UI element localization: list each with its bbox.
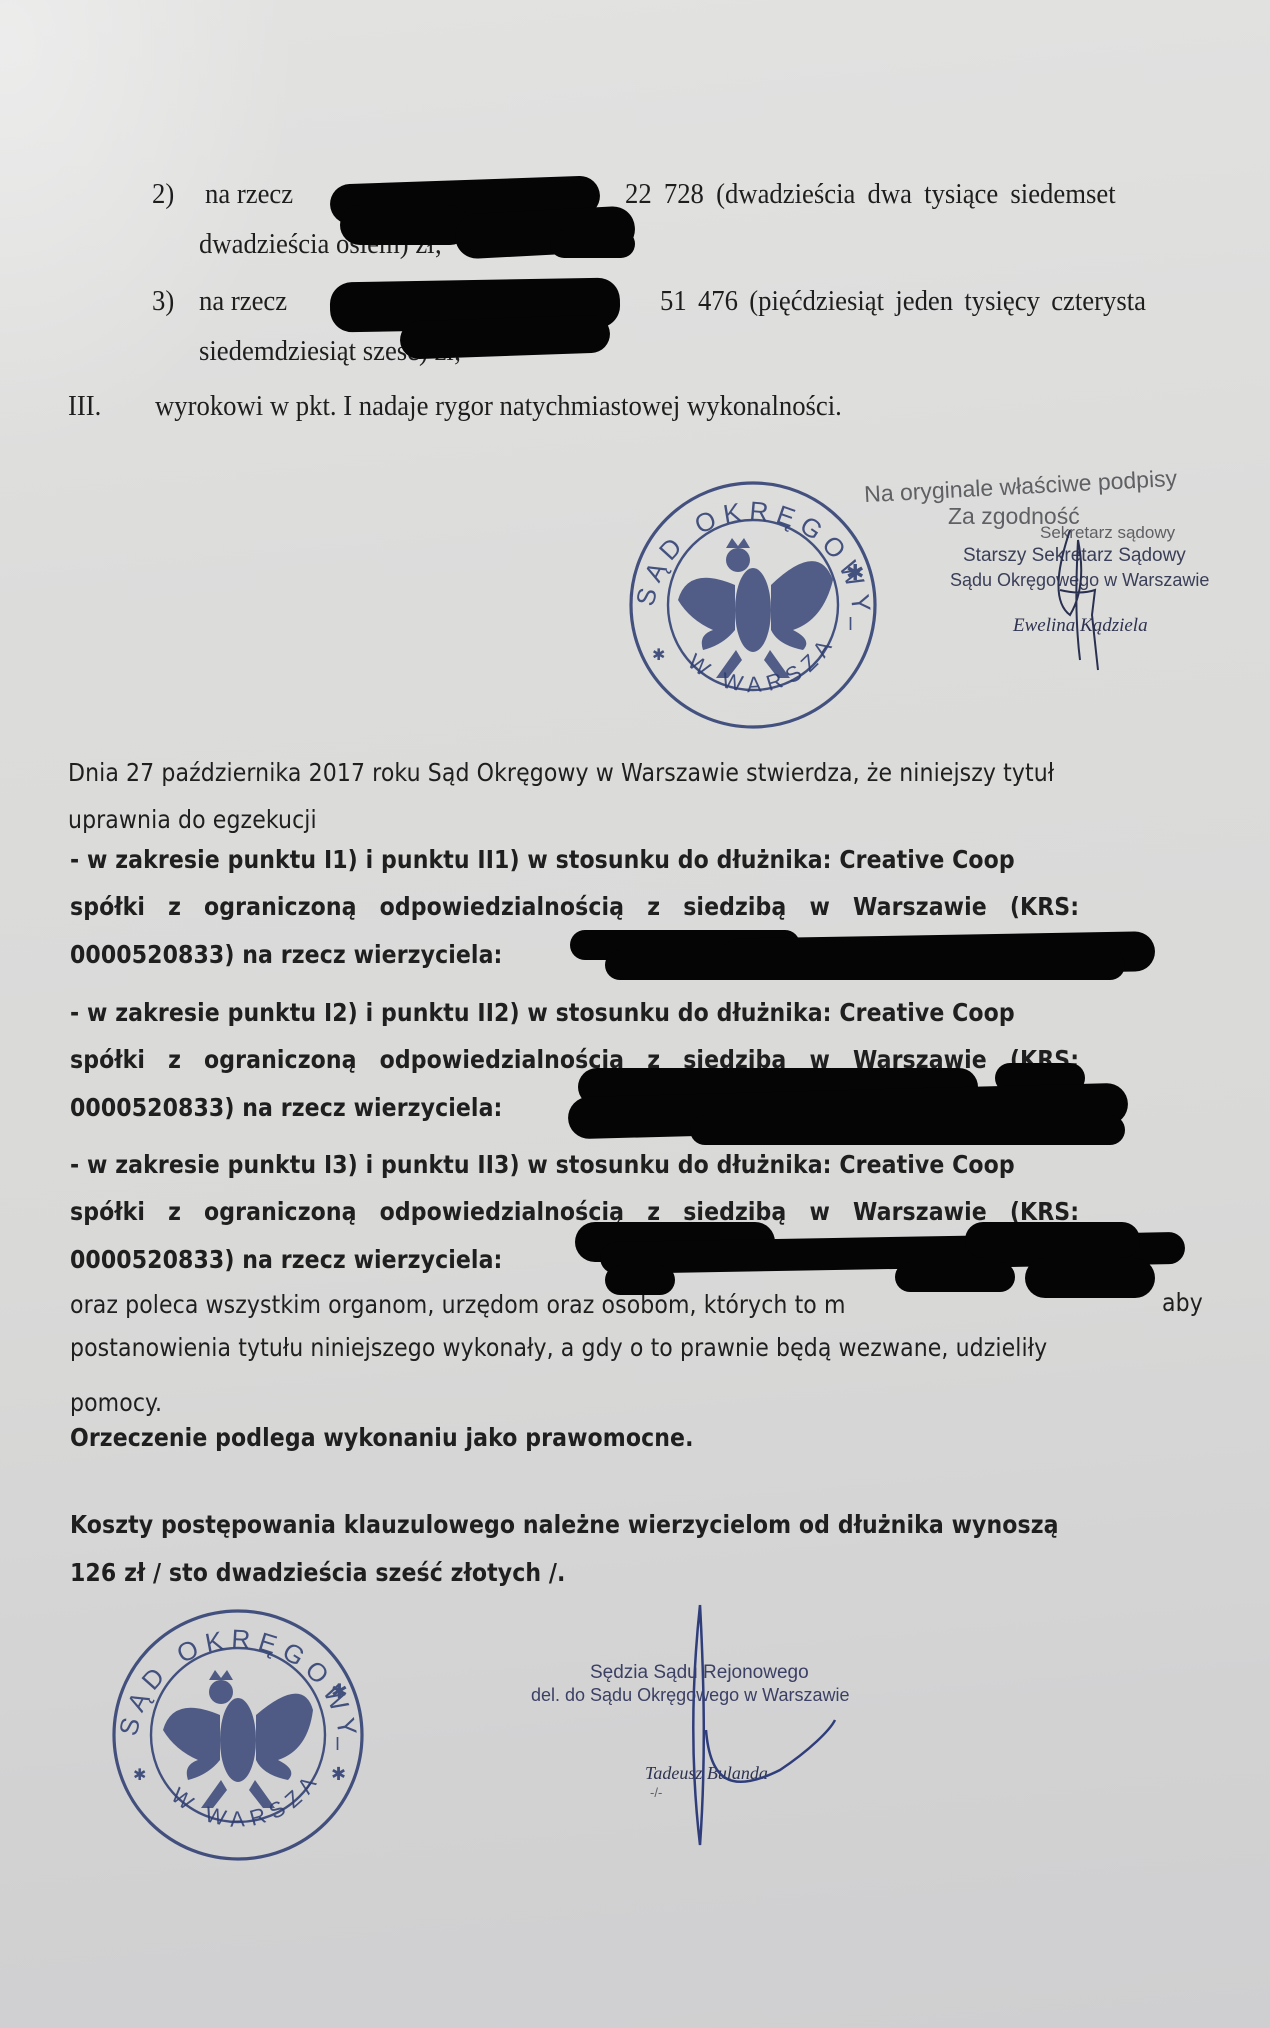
point-1-line-3: 0000520833) na rzecz wierzyciela: [70,940,502,969]
redaction [605,1265,675,1295]
redaction [895,1262,1015,1292]
signature-icon [670,1600,850,1860]
costs-line-1: Koszty postępowania klauzulowego należne… [70,1510,1059,1539]
court-seal-icon: SĄD OKRĘGOWY W WARSZAWIE ✱ I ✱ [618,470,888,740]
svg-text:I: I [335,1734,347,1754]
point-3-line-3: 0000520833) na rzecz wierzyciela: [70,1245,502,1274]
point-2-line-1: - w zakresie punktu I2) i punktu II2) w … [70,998,1015,1027]
final-statement: Orzeczenie podlega wykonaniu jako prawom… [70,1423,694,1452]
redaction [340,205,470,245]
redaction [1025,1258,1155,1298]
signature-icon [1040,520,1120,680]
point-3-line-2: spółki z ograniczoną odpowiedzialnością … [70,1197,1079,1226]
item-2-amount: 22 728 (dwadzieścia dwa tysiące siedemse… [625,178,1116,211]
clause-intro-2: uprawnia do egzekucji [68,805,317,834]
item-3-prefix: na rzecz [199,285,287,318]
point-2-line-3: 0000520833) na rzecz wierzyciela: [70,1093,502,1122]
svg-text:✱: ✱ [133,1767,153,1784]
item-3-amount: 51 476 (pięćdziesiąt jeden tysięcy czter… [660,285,1146,318]
order-line-1a: oraz poleca wszystkim organom, urzędom o… [70,1290,846,1319]
order-line-1b: aby [1162,1288,1203,1317]
svg-text:I: I [848,614,860,634]
redaction [605,950,1125,980]
order-line-2: postanowienia tytułu niniejszego wykonał… [70,1333,1047,1362]
item-3-number: 3) [152,285,174,318]
redaction [550,230,635,258]
section-iii-number: III. [68,390,101,423]
svg-text:✱: ✱ [331,1764,353,1784]
redaction [399,314,610,359]
redaction [965,1222,1140,1258]
point-1-line-1: - w zakresie punktu I1) i punktu II1) w … [70,845,1015,874]
clause-intro-1: Dnia 27 października 2017 roku Sąd Okręg… [68,758,1054,787]
cert-line-1: Na oryginale właściwe podpisy [864,465,1178,508]
court-seal-icon: SĄD OKRĘGOWY W WARSZAWIE ✱ I ✱ ✱ [103,1600,373,1870]
section-iii-text: wyrokowi w pkt. I nadaje rygor natychmia… [155,390,842,423]
item-2-prefix: na rzecz [205,178,293,211]
order-line-3: pomocy. [70,1388,162,1417]
svg-text:✱: ✱ [331,1681,355,1703]
judge-mark: -/- [650,1785,662,1800]
redaction [690,1115,1125,1145]
point-3-line-1: - w zakresie punktu I3) i punktu II3) w … [70,1150,1015,1179]
item-2-number: 2) [152,178,174,211]
svg-text:✱: ✱ [652,647,672,664]
costs-line-2: 126 zł / sto dwadzieścia sześć złotych /… [70,1558,566,1587]
point-1-line-2: spółki z ograniczoną odpowiedzialnością … [70,892,1079,921]
svg-text:✱: ✱ [846,560,871,585]
